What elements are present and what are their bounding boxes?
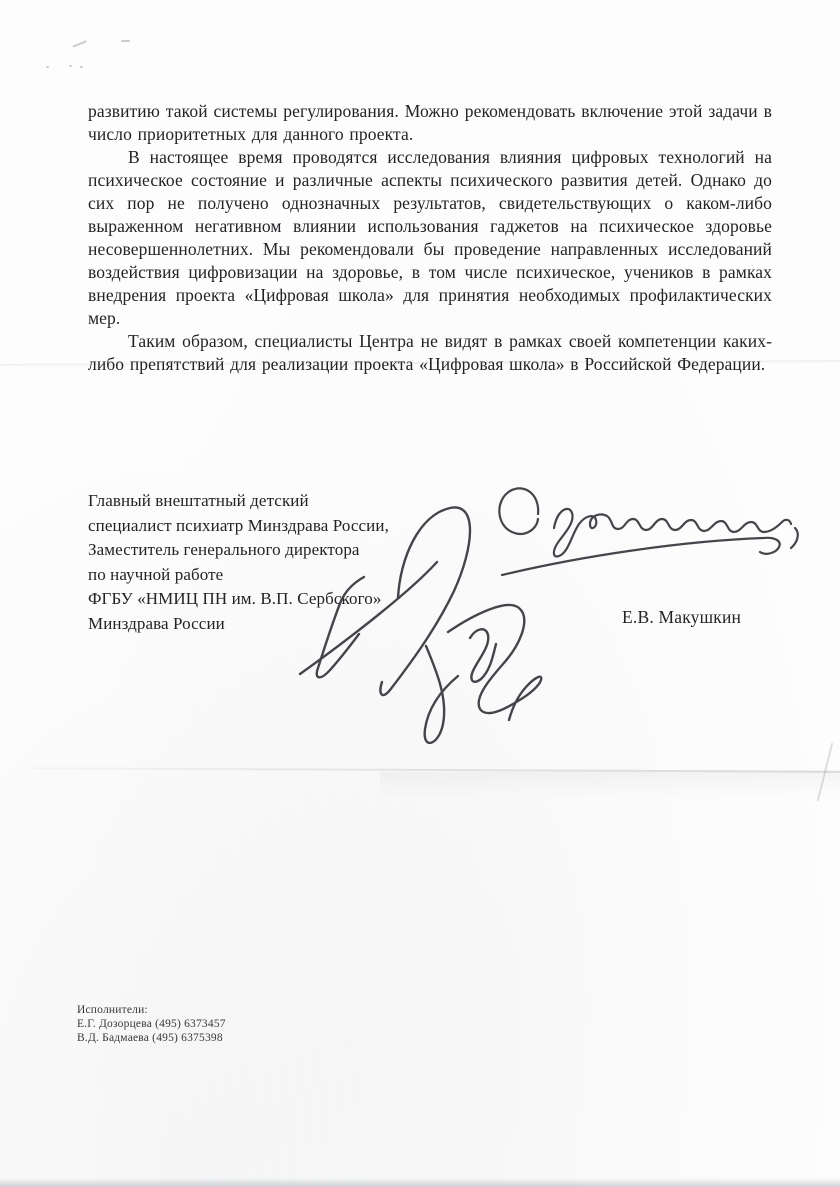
executor-contact: Е.Г. Дозорцева (495) 6373457 (77, 1017, 226, 1031)
scan-smudge (121, 40, 130, 42)
signer-name: Е.В. Макушкин (622, 607, 741, 628)
scan-bottom-edge (0, 1178, 840, 1187)
letter-body: развитию такой системы регулирования. Мо… (88, 100, 772, 376)
scan-smudge (80, 66, 83, 68)
paragraph: развитию такой системы регулирования. Мо… (88, 100, 772, 146)
executors-block: Исполнители: Е.Г. Дозорцева (495) 637345… (77, 1003, 226, 1045)
scan-smudge (46, 66, 49, 68)
scan-smudge (72, 40, 86, 47)
paragraph: Таким образом, специалисты Центра не вид… (88, 330, 772, 376)
executor-contact: В.Д. Бадмаева (495) 6375398 (77, 1031, 226, 1045)
scanned-letter-page: развитию такой системы регулирования. Мо… (0, 0, 840, 1187)
signature-scribble (278, 498, 628, 768)
paper-crease-shadow (380, 772, 840, 798)
executors-label: Исполнители: (77, 1003, 226, 1017)
scan-smudge (69, 65, 72, 67)
paragraph: В настоящее время проводятся исследовани… (88, 146, 772, 330)
